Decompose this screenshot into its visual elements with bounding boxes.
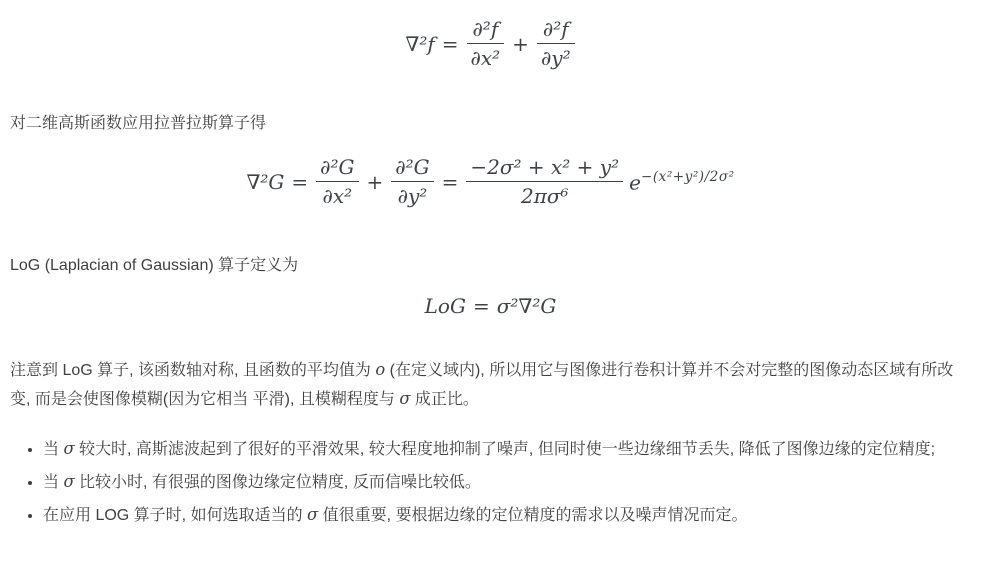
fraction: ∂²G ∂y² (391, 156, 433, 208)
list-item: 在应用 LOG 算子时, 如何选取适当的 σ 值很重要, 要根据边缘的定位精度的… (43, 504, 971, 526)
equals-sign: = (473, 294, 490, 318)
fraction-numerator: ∂²f (467, 18, 505, 43)
list-item-text: 值很重要, 要根据边缘的定位精度的需求以及噪声情况而定。 (318, 507, 747, 524)
list-item-text: 当 (43, 441, 63, 458)
intro-sentence: 对二维高斯函数应用拉普拉斯算子得 (10, 112, 971, 136)
math-rhs: σ²∇²G (497, 294, 557, 318)
equals-sign: = (291, 170, 308, 194)
log-definition-sentence: LoG (Laplacian of Gaussian) 算子定义为 (10, 254, 971, 278)
paragraph-text: 成正比。 (410, 391, 478, 408)
fraction: ∂²f ∂x² (467, 18, 505, 70)
math-var-sigma: σ (307, 505, 318, 524)
list-item-text: 在应用 LOG 算子时, 如何选取适当的 (43, 507, 307, 524)
exponential-term: e−(x²+y²)/2σ² (629, 169, 734, 194)
math-lhs: ∇²f (405, 32, 434, 56)
fraction: ∂²f ∂y² (537, 18, 575, 70)
list-item: 当 σ 比较小时, 有很强的图像边缘定位精度, 反而信噪比较低。 (43, 471, 971, 493)
equation-laplacian-f: ∇²f = ∂²f ∂x² + ∂²f ∂y² (10, 18, 971, 70)
math-lhs: LoG (425, 294, 466, 318)
fraction-numerator: ∂²f (537, 18, 575, 43)
math-lhs: ∇²G (246, 170, 284, 194)
fraction-denominator: ∂x² (467, 43, 505, 70)
exponential-base: e (629, 171, 641, 195)
article-content: ∇²f = ∂²f ∂x² + ∂²f ∂y² 对二维高斯函数应用拉普拉斯算子得… (0, 18, 981, 526)
exponential-exponent: −(x²+y²)/2σ² (641, 169, 735, 185)
equals-sign: = (442, 170, 459, 194)
fraction-denominator: ∂y² (391, 181, 433, 208)
fraction: ∂²G ∂x² (316, 156, 358, 208)
equation-laplacian-g: ∇²G = ∂²G ∂x² + ∂²G ∂y² = −2σ² + x² + y²… (10, 156, 971, 208)
math-var-sigma: σ (63, 439, 74, 458)
plus-sign: + (512, 32, 529, 56)
fraction-denominator: ∂x² (316, 181, 358, 208)
list-item-text: 当 (43, 474, 63, 491)
explanation-paragraph: 注意到 LoG 算子, 该函数轴对称, 且函数的平均值为 o (在定义域内), … (10, 356, 971, 414)
sigma-notes-list: 当 σ 较大时, 高斯滤波起到了很好的平滑效果, 较大程度地抑制了噪声, 但同时… (10, 438, 971, 526)
math-var-sigma: σ (63, 472, 74, 491)
fraction-denominator: ∂y² (537, 43, 575, 70)
list-item-text: 较大时, 高斯滤波起到了很好的平滑效果, 较大程度地抑制了噪声, 但同时使一些边… (75, 441, 935, 458)
plus-sign: + (367, 170, 384, 194)
fraction-numerator: −2σ² + x² + y² (466, 156, 623, 181)
fraction-numerator: ∂²G (316, 156, 358, 181)
list-item: 当 σ 较大时, 高斯滤波起到了很好的平滑效果, 较大程度地抑制了噪声, 但同时… (43, 438, 971, 460)
math-var-o: o (375, 360, 385, 379)
equation-log-def: LoG = σ²∇²G (10, 294, 971, 318)
paragraph-text: 注意到 LoG 算子, 该函数轴对称, 且函数的平均值为 (10, 362, 375, 379)
list-item-text: 比较小时, 有很强的图像边缘定位精度, 反而信噪比较低。 (75, 474, 481, 491)
fraction: −2σ² + x² + y² 2πσ⁶ (466, 156, 623, 208)
equals-sign: = (442, 32, 459, 56)
math-var-sigma: σ (399, 389, 410, 408)
fraction-denominator: 2πσ⁶ (466, 181, 623, 208)
fraction-numerator: ∂²G (391, 156, 433, 181)
